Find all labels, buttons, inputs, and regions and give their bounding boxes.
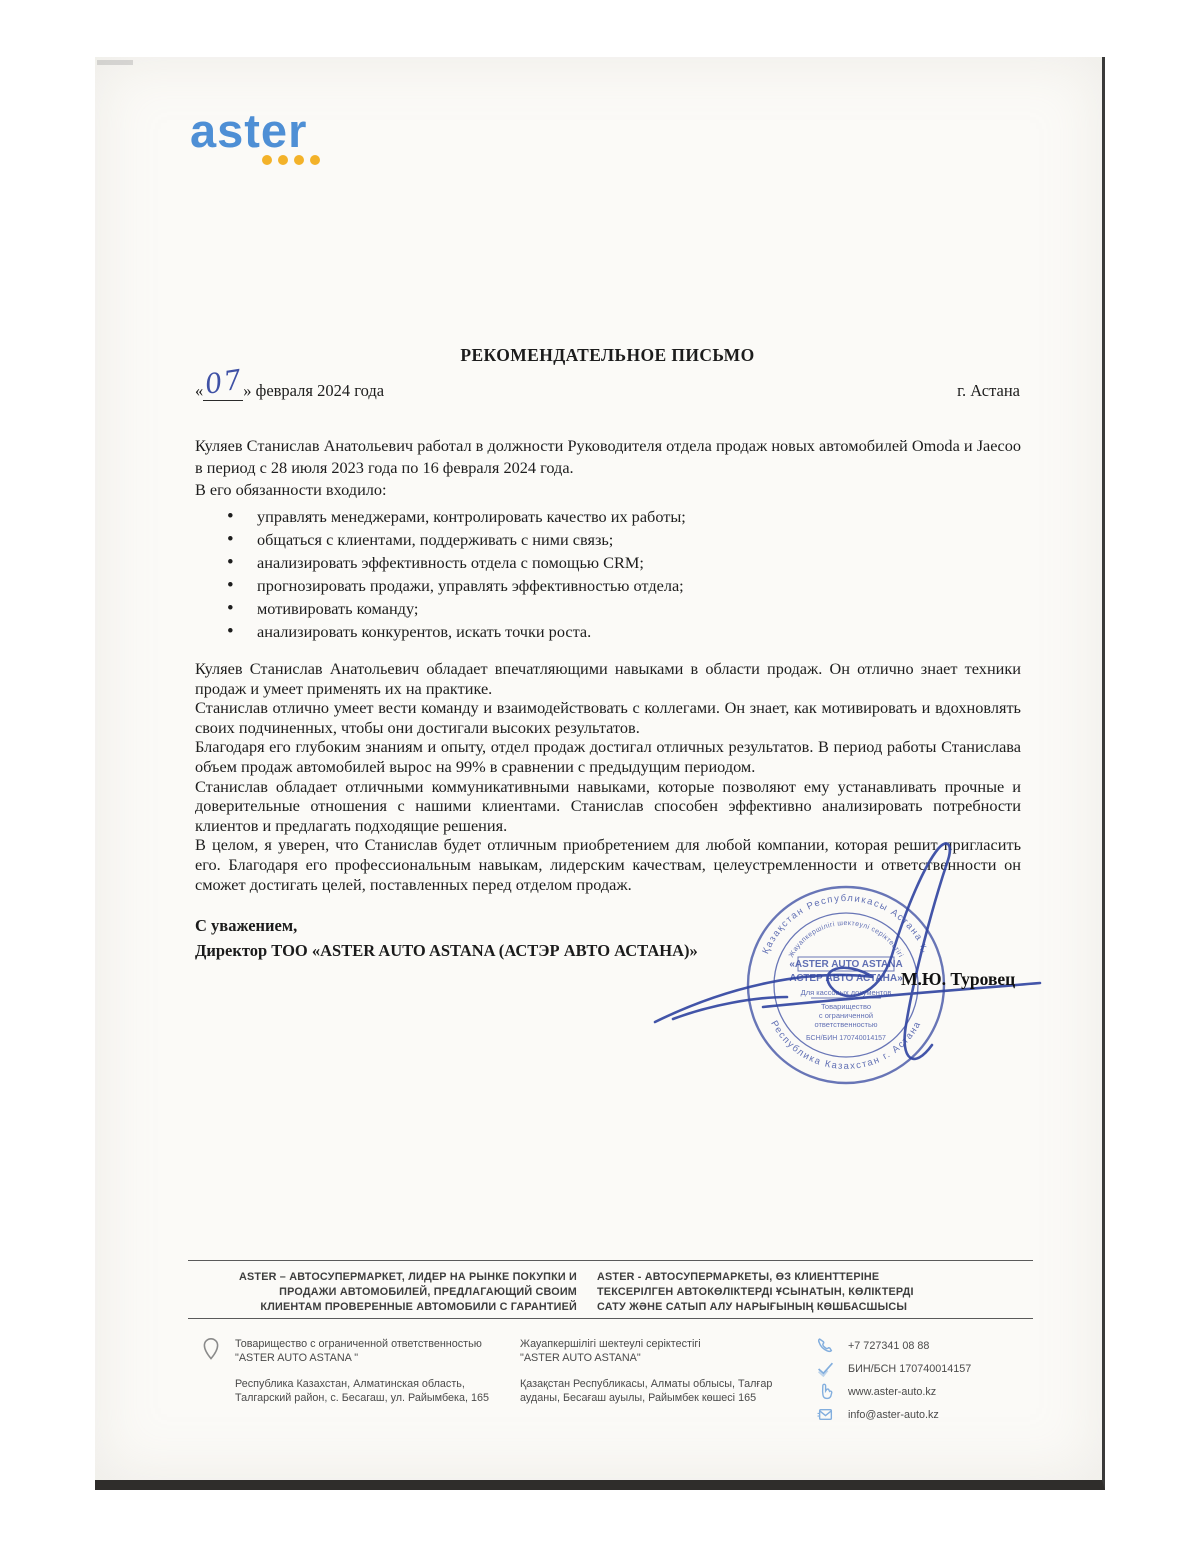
aster-logo: aster	[190, 103, 307, 158]
footer-divider-bottom	[188, 1318, 1033, 1319]
body-paragraph: Станислав обладает отличными коммуникати…	[195, 777, 1021, 836]
hand-cursor-icon	[817, 1383, 834, 1400]
org-name-ru-1: Товарищество с ограниченной ответственно…	[235, 1337, 535, 1351]
org-name-kz-1: Жауапкершілігі шектеулі серіктестігі	[520, 1337, 780, 1351]
body-paragraph: Станислав отлично умеет вести команду и …	[195, 698, 1021, 737]
date-text: февраля 2024 года	[252, 381, 385, 400]
stamp-llp-1: Товарищество	[821, 1002, 871, 1011]
aster-logo-text: aster	[190, 104, 307, 157]
stamp-bin: БСН/БИН 170740014157	[806, 1035, 886, 1042]
email-address: info@aster-auto.kz	[848, 1408, 939, 1422]
duty-item: мотивировать команду;	[195, 597, 1021, 620]
contact-column-details: +7 727341 08 88 БИН/БСН 170740014157 www…	[817, 1334, 1057, 1426]
footer-tagline-kz: ASTER - АВТОСУПЕРМАРКЕТЫ, ӨЗ КЛИЕНТТЕРІН…	[597, 1270, 942, 1315]
org-name-kz-2: "ASTER AUTO ASTANA"	[520, 1351, 780, 1365]
duties-list: управлять менеджерами, контролировать ка…	[195, 505, 1021, 643]
intro-paragraph: Куляев Станислав Анатольевич работал в д…	[195, 435, 1021, 479]
phone-row: +7 727341 08 88	[817, 1334, 1057, 1357]
scanned-letter-page: aster РЕКОМЕНДАТЕЛЬНОЕ ПИСЬМО «07» февра…	[95, 57, 1105, 1490]
duties-lead: В его обязанности входило:	[195, 479, 1021, 501]
date-open-quote: «	[195, 381, 203, 400]
website-url: www.aster-auto.kz	[848, 1385, 936, 1399]
contact-column-ru: Товарищество с ограниченной ответственно…	[235, 1337, 535, 1405]
body-paragraph: Благодаря его глубоким знаниям и опыту, …	[195, 737, 1021, 776]
address-ru-2: Талгарский район, с. Бесагаш, ул. Райымб…	[235, 1391, 535, 1405]
footer-divider-top	[188, 1260, 1033, 1261]
signer-name: М.Ю. Туровец	[901, 969, 1015, 990]
phone-number: +7 727341 08 88	[848, 1339, 929, 1353]
date-blank-underline: 07	[203, 381, 243, 401]
duty-item: общаться с клиентами, поддерживать с ним…	[195, 528, 1021, 551]
address-kz-2: ауданы, Бесағаш ауылы, Райымбек көшесі 1…	[520, 1391, 780, 1405]
bin-row: БИН/БСН 170740014157	[817, 1357, 1057, 1380]
bin-number: БИН/БСН 170740014157	[848, 1362, 971, 1376]
body-paragraph: Куляев Станислав Анатольевич обладает вп…	[195, 659, 1021, 698]
org-name-ru-2: "ASTER AUTO ASTANA "	[235, 1351, 535, 1365]
aster-logo-dots	[262, 155, 320, 165]
stamp-llp-3: ответственностью	[814, 1020, 877, 1029]
website-row: www.aster-auto.kz	[817, 1380, 1057, 1403]
duty-item: прогнозировать продажи, управлять эффект…	[195, 574, 1021, 597]
footer-tagline-ru: ASTER – АВТОСУПЕРМАРКЕТ, ЛИДЕР НА РЫНКЕ …	[217, 1270, 577, 1315]
stamp-llp-2: с ограниченной	[819, 1011, 873, 1020]
handwritten-day: 07	[203, 364, 246, 401]
duty-item: управлять менеджерами, контролировать ка…	[195, 505, 1021, 528]
document-title: РЕКОМЕНДАТЕЛЬНОЕ ПИСЬМО	[195, 345, 1020, 366]
letter-body: Куляев Станислав Анатольевич работал в д…	[195, 435, 1021, 894]
city-label: г. Астана	[957, 381, 1020, 401]
duty-item: анализировать эффективность отдела с пом…	[195, 551, 1021, 574]
contact-column-kz: Жауапкершілігі шектеулі серіктестігі "AS…	[520, 1337, 780, 1405]
scan-smudge	[97, 60, 133, 65]
date-line: «07» февраля 2024 года	[195, 381, 384, 401]
email-row: info@aster-auto.kz	[817, 1403, 1057, 1426]
address-ru-1: Республика Казахстан, Алматинская област…	[235, 1377, 535, 1391]
address-kz-1: Қазақстан Республикасы, Алматы облысы, Т…	[520, 1377, 780, 1391]
location-pin-icon	[201, 1337, 221, 1366]
company-stamp-and-signature: Қазақстан Республикасы Астана қ. Республ…	[615, 837, 1115, 1147]
email-icon	[817, 1406, 834, 1423]
phone-icon	[817, 1337, 834, 1354]
duty-item: анализировать конкурентов, искать точки …	[195, 620, 1021, 643]
check-icon	[817, 1360, 834, 1377]
